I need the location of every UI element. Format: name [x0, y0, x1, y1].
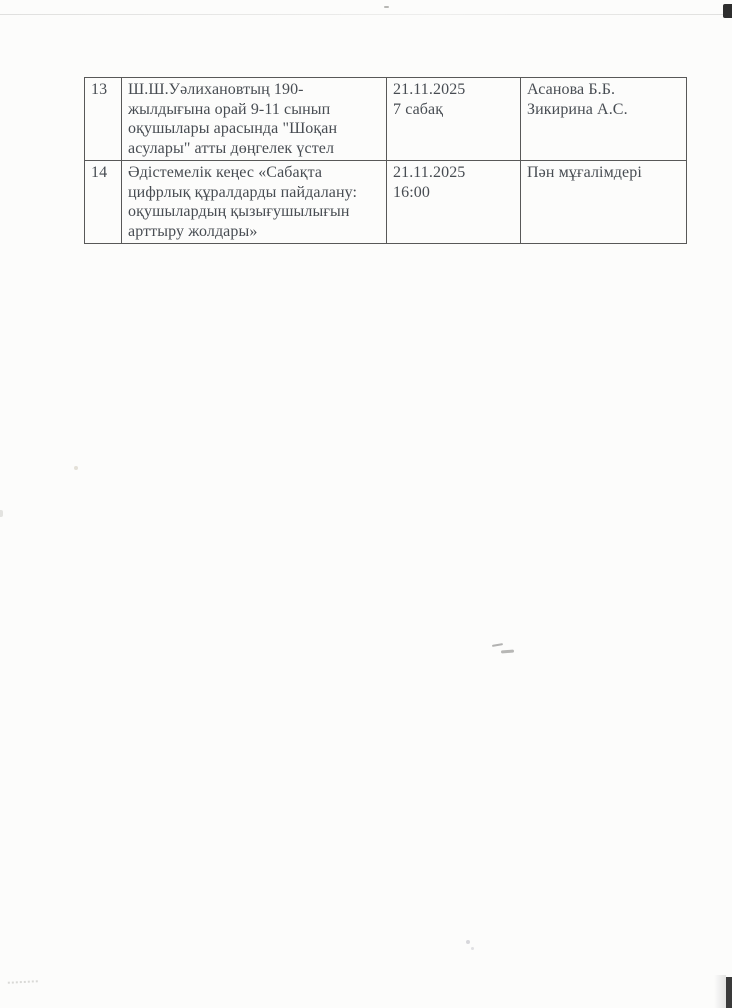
scan-artifact-haze — [714, 975, 726, 1008]
activity-line: цифрлық құралдарды пайдалану: — [128, 183, 381, 203]
scan-speck — [466, 940, 470, 944]
scan-speck — [471, 947, 474, 950]
responsible-name: Пән мұғалімдері — [527, 163, 681, 183]
time-value: 16:00 — [393, 183, 515, 203]
responsible-cell: Асанова Б.Б. Зикирина А.С. — [521, 78, 687, 161]
row-number: 13 — [91, 80, 116, 100]
scan-squiggle — [492, 643, 503, 647]
activity-line: жылдығына орай 9-11 сынып — [128, 100, 381, 120]
activity-line: асулары" атты дөңгелек үстел — [128, 139, 381, 159]
activity-line: арттыру жолдары» — [128, 222, 381, 242]
row-number: 14 — [91, 163, 116, 183]
activity-cell: Ш.Ш.Уәлихановтың 190- жылдығына орай 9-1… — [122, 78, 387, 161]
scanned-page: 13 Ш.Ш.Уәлихановтың 190- жылдығына орай … — [0, 0, 732, 1008]
date-cell: 21.11.2025 7 сабақ — [387, 78, 521, 161]
scan-speck — [0, 510, 3, 517]
activity-line: Ш.Ш.Уәлихановтың 190- — [128, 80, 381, 100]
scan-pencil-mark — [8, 980, 38, 991]
date-value: 21.11.2025 — [393, 163, 515, 183]
scan-speck — [74, 466, 78, 470]
scan-squiggle — [501, 650, 514, 654]
activity-line: оқушылары арасында "Шоқан — [128, 119, 381, 139]
table-row: 13 Ш.Ш.Уәлихановтың 190- жылдығына орай … — [85, 78, 687, 161]
date-cell: 21.11.2025 16:00 — [387, 161, 521, 244]
responsible-cell: Пән мұғалімдері — [521, 161, 687, 244]
time-value: 7 сабақ — [393, 100, 515, 120]
date-value: 21.11.2025 — [393, 80, 515, 100]
row-number-cell: 14 — [85, 161, 122, 244]
schedule-table: 13 Ш.Ш.Уәлихановтың 190- жылдығына орай … — [84, 77, 687, 244]
activity-cell: Әдістемелік кеңес «Сабақта цифрлық құрал… — [122, 161, 387, 244]
scan-artifact-bottom-right — [726, 977, 732, 1008]
scanner-artifact-line — [0, 14, 732, 15]
scan-speck — [384, 6, 389, 8]
responsible-name: Зикирина А.С. — [527, 100, 681, 120]
activity-line: Әдістемелік кеңес «Сабақта — [128, 163, 381, 183]
activity-line: оқушылардың қызығушылығын — [128, 202, 381, 222]
scan-artifact-top-right — [723, 4, 732, 18]
table-row: 14 Әдістемелік кеңес «Сабақта цифрлық құ… — [85, 161, 687, 244]
row-number-cell: 13 — [85, 78, 122, 161]
responsible-name: Асанова Б.Б. — [527, 80, 681, 100]
